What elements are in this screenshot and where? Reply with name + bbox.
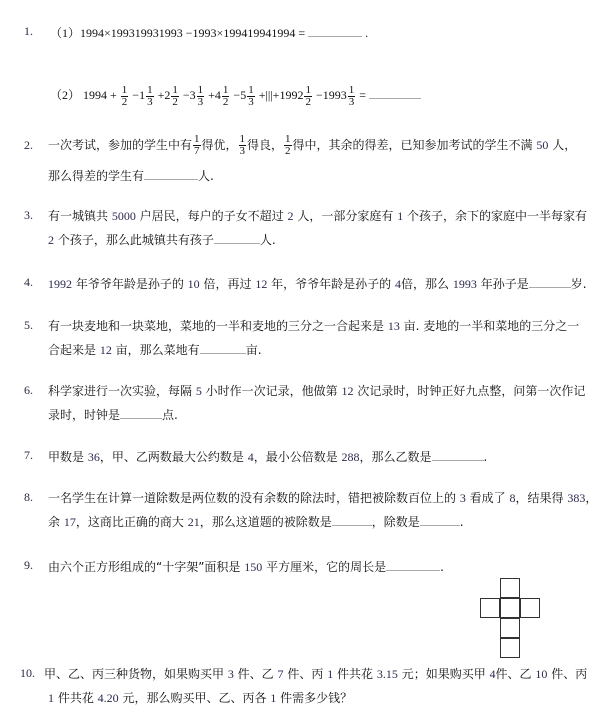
q3-line2: 2 个孩子，那么此城镇共有孩子人. xyxy=(48,231,276,248)
period: . xyxy=(365,26,368,40)
fraction: 13 xyxy=(348,85,356,108)
q2-line2: 那么得差的学生有人. xyxy=(48,167,214,184)
fraction: 12 xyxy=(171,85,179,108)
square-left xyxy=(480,598,500,618)
q10-line1: 甲、乙、丙三种货物，如果购买甲 3 件、乙 7 件、丙 1 件共花 3.15 元… xyxy=(44,666,587,682)
fraction: 12 xyxy=(304,85,312,108)
answer-blank[interactable] xyxy=(214,231,260,244)
expression: 1994×199319931993 −1993×199419941994 = xyxy=(80,26,305,40)
fraction: 12 xyxy=(222,85,230,108)
dividend-answer-blank[interactable] xyxy=(332,513,372,526)
divisor-answer-blank[interactable] xyxy=(420,513,460,526)
question-number: 5. xyxy=(24,318,33,333)
q5-line2: 合起来是 12 亩，那么菜地有亩. xyxy=(48,341,262,358)
q1-part1: （1）1994×199319931993 −1993×199419941994 … xyxy=(50,24,368,41)
part-label: （1） xyxy=(50,26,80,40)
ellipsis: +|||+ xyxy=(259,88,280,102)
fraction: 13 xyxy=(239,134,247,157)
question-number: 3. xyxy=(24,208,33,223)
question-number: 8. xyxy=(24,490,33,505)
fraction: 12 xyxy=(121,85,129,108)
question-number: 1. xyxy=(24,24,33,39)
question-number: 10. xyxy=(20,666,35,681)
question-number: 9. xyxy=(24,558,33,573)
answer-blank[interactable] xyxy=(432,448,484,461)
question-number: 2. xyxy=(24,138,33,153)
q10-line2: 1 件共花 4.20 元，那么购买甲、乙、丙各 1 件需多少钱？ xyxy=(48,690,352,706)
question-number: 4. xyxy=(24,275,33,290)
answer-blank[interactable] xyxy=(369,86,421,99)
answer-blank[interactable] xyxy=(308,24,362,37)
square-top xyxy=(500,578,520,598)
square-lower xyxy=(500,618,520,638)
q4-line1: 1992 年爷爷年龄是孙子的 10 倍，再过 12 年，爷爷年龄是孙子的 4倍，… xyxy=(48,275,587,292)
q2-line1: 一次考试，参加的学生中有17得优，13得良，12得中，其余的得差，已知参加考试的… xyxy=(48,132,576,158)
q3-line1: 有一城镇共 5000 户居民，每户的子女不超过 2 人，一部分家庭有 1 个孩子… xyxy=(48,208,587,224)
q6-line2: 录时，时钟是点. xyxy=(48,406,178,423)
fraction: 13 xyxy=(247,85,255,108)
question-number: 7. xyxy=(24,448,33,463)
part-label: （2） xyxy=(50,88,80,102)
fraction: 13 xyxy=(146,85,154,108)
answer-blank[interactable] xyxy=(144,167,198,180)
fraction: 12 xyxy=(284,134,292,157)
cross-figure xyxy=(480,578,542,660)
answer-blank[interactable] xyxy=(200,341,246,354)
q1-part2: （2） 1994 + 12 −113 +212 −313 +412 −513 +… xyxy=(50,82,421,108)
fraction: 13 xyxy=(197,85,205,108)
answer-blank[interactable] xyxy=(386,558,440,571)
q9-line1: 由六个正方形组成的“十字架”面积是 150 平方厘米，它的周长是. xyxy=(48,558,444,575)
square-bottom xyxy=(500,638,520,658)
q6-line1: 科学家进行一次实验，每隔 5 小时作一次记录，他做第 12 次记录时，时钟正好九… xyxy=(48,383,585,399)
lead-term: 1994 + xyxy=(83,88,117,102)
fraction: 17 xyxy=(193,134,201,157)
square-center xyxy=(500,598,520,618)
q7-line1: 甲数是 36，甲、乙两数最大公约数是 4，最小公倍数是 288，那么乙数是. xyxy=(48,448,487,465)
square-right xyxy=(520,598,540,618)
q5-line1: 有一块麦地和一块菜地，菜地的一半和麦地的三分之一合起来是 13 亩. 麦地的一半… xyxy=(48,318,579,334)
q8-line2: 余 17，这商比正确的商大 21，那么这道题的被除数是，除数是. xyxy=(48,513,464,530)
question-number: 6. xyxy=(24,383,33,398)
answer-blank[interactable] xyxy=(529,275,571,288)
answer-blank[interactable] xyxy=(120,406,162,419)
q8-line1: 一名学生在计算一道除数是两位数的没有余数的除法时，错把被除数百位上的 3 看成了… xyxy=(48,490,594,506)
